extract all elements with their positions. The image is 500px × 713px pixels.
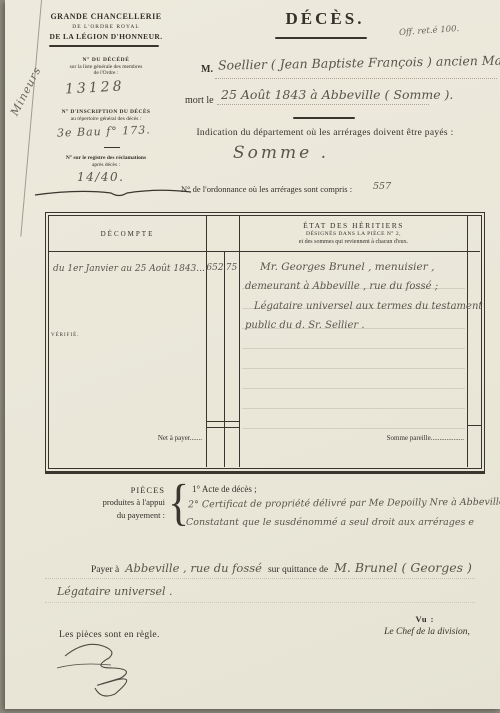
monsieur-label: M.	[201, 64, 213, 75]
name-guide-line	[215, 70, 497, 79]
field-deceased-number-label: N° DU DÉCÉDÉ	[39, 57, 173, 63]
field-reclamations-sub: après décès :	[39, 162, 173, 168]
heir-line-3: Légataire universel aux termes du testam…	[254, 301, 482, 312]
field-deceased-number-value: 13128	[65, 78, 125, 97]
net-box-line	[206, 427, 240, 428]
page-title: DÉCÈS.	[245, 9, 405, 29]
table-col-line-2	[224, 251, 225, 467]
heirs-header-line3: et des sommes qui reviennent à chacun d'…	[240, 239, 467, 245]
table-col-line-1	[206, 216, 207, 467]
heirs-header-line2: DÉSIGNÉS DANS LA PIÈCE N° 2,	[240, 231, 467, 237]
mort-label: mort le	[185, 95, 214, 106]
amount-centimes: 75	[224, 263, 239, 273]
signature-flourish	[51, 638, 181, 700]
scanned-death-record: { "scan": { "margin_note": "Mineurs", "c…	[0, 0, 500, 713]
death-guide-line	[217, 96, 429, 105]
field-reclamations-label: N° sur le registre des réclamations	[39, 155, 173, 161]
payment-guide-line-2	[45, 594, 475, 603]
pieces-item-2: 2° Certificat de propriété délivré par M…	[188, 497, 500, 511]
pieces-label-2: produites à l'appui	[57, 497, 165, 507]
field-inscription-underline	[104, 147, 120, 148]
flourish-underline	[33, 186, 193, 200]
document-page: Mineurs GRANDE CHANCELLERIE DE L'ORDRE R…	[5, 0, 500, 709]
table-header-line	[49, 251, 480, 252]
pieces-label-3: du payement :	[57, 510, 165, 520]
title-rule	[275, 37, 367, 39]
pieces-item-3: Constatant que le susdénommé a seul droi…	[186, 517, 474, 528]
field-inscription-sub: au répertoire général des décès :	[39, 116, 173, 122]
field-inscription-label: N° D'INSCRIPTION DU DÉCÈS	[39, 109, 173, 115]
net-a-payer-label: Net à payer.......	[66, 434, 202, 442]
heirs-ruling	[242, 269, 465, 445]
decompte-entry: du 1er Janvier au 25 Août 1843...	[53, 264, 205, 274]
ordonnance-label: N° de l'ordonnance où les arrérages sont…	[181, 184, 352, 194]
ordonnance-value: 557	[373, 181, 391, 192]
decompte-header: DÉCOMPTE	[49, 230, 206, 238]
field-inscription-value: 3e Bau f° 173.	[57, 123, 151, 139]
chef-division-label: Le Chef de la division,	[367, 627, 487, 637]
table-col-line-4	[467, 216, 468, 467]
heir-line-4: public du d. Sr. Sellier .	[245, 320, 365, 331]
letterhead-line3: DE LA LÉGION D'HONNEUR.	[39, 32, 173, 41]
section-rule	[293, 117, 355, 119]
corner-note: Off. ret.é 100.	[399, 24, 460, 38]
amount-francs: 652	[206, 263, 224, 273]
heirs-header-line1: ÉTAT DES HÉRITIERS	[240, 221, 467, 230]
field-reclamations-value: 14/40.	[77, 170, 124, 184]
net-box-line-top	[206, 421, 240, 422]
verifie-label: VÉRIFIÉ.	[51, 333, 79, 338]
pieces-label-1: PIÈCES	[57, 485, 165, 495]
heir-line-1: Mr. Georges Brunel , menuisier ,	[260, 261, 434, 273]
somme-pareille-label: Somme pareille...................	[314, 434, 464, 442]
letterhead-rule	[49, 45, 159, 47]
payment-guide-line-1	[45, 570, 475, 579]
letterhead-line2: DE L'ORDRE ROYAL	[39, 24, 173, 30]
letterhead-line1: GRANDE CHANCELLERIE	[39, 12, 173, 21]
pieces-item-1: 1° Acte de décès ;	[192, 484, 257, 494]
field-deceased-number-sub2: de l'Ordre :	[39, 70, 173, 76]
somme-box-line	[467, 425, 481, 426]
vu-label: Vu :	[403, 614, 447, 624]
department-label: Indication du département où les arrérag…	[155, 128, 495, 138]
heir-line-2: demeurant à Abbeville , rue du fossé ;	[245, 281, 438, 292]
table-col-line-3	[239, 216, 240, 467]
heirs-table: DÉCOMPTE ÉTAT DES HÉRITIERS DÉSIGNÉS DAN…	[45, 212, 485, 474]
department-value: Somme .	[233, 143, 329, 163]
